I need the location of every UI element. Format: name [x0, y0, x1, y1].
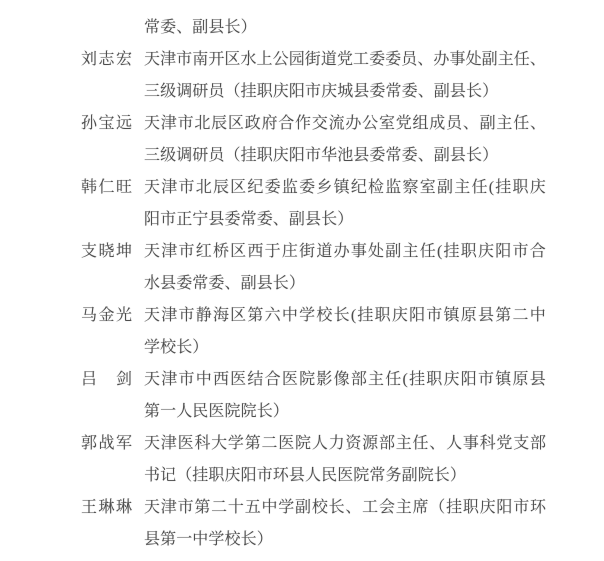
glyph: 市 — [178, 172, 194, 204]
glyph: 金 — [98, 300, 114, 332]
glyph: 任 — [471, 172, 487, 204]
glyph: 纪 — [351, 172, 367, 204]
glyph: 结 — [247, 364, 263, 396]
glyph: 街 — [299, 236, 315, 268]
glyph: 旺 — [116, 172, 132, 204]
glyph: 学 — [228, 428, 244, 460]
entry-description-line: 学校长） — [144, 332, 546, 364]
glyph: 二 — [512, 300, 528, 332]
glyph: 镇 — [334, 172, 350, 204]
glyph: 孙 — [81, 108, 97, 140]
entry-name: 刘志宏 — [81, 44, 132, 76]
glyph: 宝 — [98, 108, 114, 140]
glyph: 学 — [299, 300, 315, 332]
glyph: 中 — [261, 492, 277, 524]
glyph: 职 — [426, 364, 442, 396]
glyph: 工 — [362, 492, 378, 524]
glyph: 市 — [176, 44, 192, 76]
glyph: 二 — [261, 428, 277, 460]
glyph: 市 — [426, 300, 442, 332]
glyph: 职 — [512, 172, 528, 204]
entry-name: 郭战军 — [81, 428, 132, 460]
glyph: ( — [351, 300, 356, 332]
entry-row: 郭战军 天津医科大学第二医院人力资源部主任、人事科党支部书记（挂职庆阳市环县人民… — [0, 428, 604, 492]
glyph: 院 — [295, 428, 311, 460]
glyph: 任 — [413, 428, 429, 460]
glyph: 区 — [224, 44, 240, 76]
glyph: 科 — [194, 428, 210, 460]
glyph: 像 — [334, 364, 350, 396]
glyph: 交 — [312, 108, 328, 140]
glyph: 部 — [351, 364, 367, 396]
glyph: 医 — [178, 428, 194, 460]
glyph: 党 — [496, 428, 512, 460]
glyph: 庆 — [530, 172, 546, 204]
glyph: 力 — [329, 428, 345, 460]
glyph: 院 — [299, 364, 315, 396]
entry-description-line: 天津市南开区水上公园街道党工委委员、办事处副主任、 — [144, 44, 546, 76]
glyph: 大 — [211, 428, 227, 460]
glyph: 桥 — [213, 236, 229, 268]
glyph: 战 — [98, 428, 114, 460]
entry-description-line: 三级调研员（挂职庆阳市华池县委常委、副县长） — [144, 140, 546, 172]
entry-row: 马金光 天津市静海区第六中学校长(挂职庆阳市镇原县第二中学校长） — [0, 300, 604, 364]
glyph: 第 — [247, 300, 263, 332]
glyph: 上 — [257, 44, 273, 76]
glyph: 琳 — [116, 492, 132, 524]
glyph: 作 — [295, 108, 311, 140]
entry-description: 天津市北辰区政府合作交流办公室党组成员、副主任、三级调研员（挂职庆阳市华池县委常… — [144, 108, 546, 172]
glyph: 合 — [278, 108, 294, 140]
entry-row: 支晓坤 天津市红桥区西于庄街道办事处副主任(挂职庆阳市合水县委常委、副县长） — [0, 236, 604, 300]
glyph: 津 — [161, 492, 177, 524]
glyph: 长 — [334, 300, 350, 332]
glyph: 津 — [161, 300, 177, 332]
glyph: 天 — [144, 44, 160, 76]
glyph: 天 — [144, 364, 160, 396]
glyph: 道 — [321, 44, 337, 76]
glyph: 挂 — [495, 172, 511, 204]
glyph: 第 — [245, 428, 261, 460]
entry-description-line: 常委、副县长） — [144, 12, 546, 44]
glyph: 庆 — [480, 492, 496, 524]
glyph: 支 — [81, 236, 97, 268]
glyph: 韩 — [81, 172, 97, 204]
glyph: 委 — [265, 172, 281, 204]
glyph: 职 — [375, 300, 391, 332]
glyph: 县 — [530, 364, 546, 396]
glyph: 主 — [498, 44, 514, 76]
glyph: 纪 — [247, 172, 263, 204]
glyph: 津 — [161, 236, 177, 268]
entry-row: 刘志宏 天津市南开区水上公园街道党工委委员、办事处副主任、三级调研员（挂职庆阳市… — [0, 44, 604, 108]
glyph: 委 — [299, 172, 315, 204]
glyph: 远 — [116, 108, 132, 140]
glyph: 仁 — [98, 172, 114, 204]
glyph: 环 — [530, 492, 546, 524]
glyph: 职 — [463, 492, 479, 524]
glyph: 校 — [316, 300, 332, 332]
entry-description-line: 县第一中学校长） — [144, 524, 546, 556]
glyph: 马 — [81, 300, 97, 332]
glyph: 中 — [196, 364, 212, 396]
glyph: 区 — [228, 108, 244, 140]
entry-description-line: 天津市中西医结合医院影像部主任(挂职庆阳市镇原县 — [144, 364, 546, 396]
glyph: 区 — [230, 236, 246, 268]
glyph: 区 — [230, 172, 246, 204]
glyph: 天 — [144, 172, 160, 204]
entry-description-line: 天津市红桥区西于庄街道办事处副主任(挂职庆阳市合 — [144, 236, 546, 268]
glyph: 坤 — [116, 236, 132, 268]
glyph: 处 — [368, 236, 384, 268]
glyph: 办 — [345, 108, 361, 140]
glyph: 开 — [208, 44, 224, 76]
glyph: 六 — [265, 300, 281, 332]
glyph: 二 — [211, 492, 227, 524]
entry-name — [81, 12, 132, 44]
glyph: 刘 — [81, 44, 97, 76]
glyph: 、 — [345, 492, 361, 524]
glyph: 红 — [196, 236, 212, 268]
entry-description-line: 天津市北辰区政府合作交流办公室党组成员、副主任、 — [144, 108, 546, 140]
glyph: 津 — [161, 172, 177, 204]
glyph: 主 — [396, 428, 412, 460]
glyph: 处 — [466, 44, 482, 76]
glyph: 监 — [385, 172, 401, 204]
glyph: 党 — [396, 108, 412, 140]
glyph: 会 — [379, 492, 395, 524]
glyph: 第 — [495, 300, 511, 332]
glyph: ( — [403, 364, 408, 396]
glyph: 园 — [289, 44, 305, 76]
glyph: 部 — [379, 428, 395, 460]
glyph: 工 — [353, 44, 369, 76]
glyph: 员 — [401, 44, 417, 76]
glyph: 剑 — [116, 364, 132, 396]
entry-description-line: 书记（挂职庆阳市环县人民医院常务副院长） — [144, 460, 546, 492]
glyph: 津 — [161, 108, 177, 140]
glyph: 镇 — [495, 364, 511, 396]
entry-description: 天津市北辰区纪委监委乡镇纪检监察室副主任(挂职庆阳市正宁县委常委、副县长） — [144, 172, 546, 236]
glyph: 事 — [351, 236, 367, 268]
glyph: 市 — [513, 492, 529, 524]
glyph: 区 — [230, 300, 246, 332]
glyph: 挂 — [409, 364, 425, 396]
glyph: 组 — [413, 108, 429, 140]
entry-description-line: 天津医科大学第二医院人力资源部主任、人事科党支部 — [144, 428, 546, 460]
glyph: 光 — [116, 300, 132, 332]
glyph: 主 — [403, 236, 419, 268]
glyph: 道 — [316, 236, 332, 268]
glyph: 北 — [196, 172, 212, 204]
glyph: 原 — [512, 364, 528, 396]
glyph: 支 — [513, 428, 529, 460]
glyph: 津 — [161, 428, 177, 460]
glyph: 长 — [329, 492, 345, 524]
entry-description-line: 天津市静海区第六中学校长(挂职庆阳市镇原县第二中 — [144, 300, 546, 332]
glyph: 医 — [282, 364, 298, 396]
glyph: 琳 — [98, 492, 114, 524]
entry-description: 常委、副县长） — [144, 12, 546, 44]
glyph: 副 — [385, 236, 401, 268]
glyph: 政 — [245, 108, 261, 140]
glyph: 、 — [417, 44, 433, 76]
glyph: 医 — [230, 364, 246, 396]
glyph: 挂 — [444, 236, 460, 268]
entry-description-line: 水县委常委、副县长） — [144, 268, 546, 300]
glyph: 副 — [480, 108, 496, 140]
glyph: 五 — [245, 492, 261, 524]
glyph: 资 — [345, 428, 361, 460]
glyph: 军 — [116, 428, 132, 460]
document-page: 常委、副县长） 刘志宏 天津市南开区水上公园街道党工委委员、办事处副主任、三级调… — [0, 0, 604, 561]
glyph: 主 — [396, 492, 412, 524]
glyph: 主 — [368, 364, 384, 396]
glyph: 晓 — [98, 236, 114, 268]
glyph: ( — [437, 236, 442, 268]
glyph: 北 — [194, 108, 210, 140]
entry-description: 天津市红桥区西于庄街道办事处副主任(挂职庆阳市合水县委常委、副县长） — [144, 236, 546, 300]
entry-name: 马金光 — [81, 300, 132, 332]
glyph: 郭 — [81, 428, 97, 460]
glyph: 、 — [530, 44, 546, 76]
glyph: 王 — [81, 492, 97, 524]
glyph: 办 — [334, 236, 350, 268]
entry-name: 吕剑 — [81, 364, 132, 396]
glyph: 阳 — [409, 300, 425, 332]
glyph: 辰 — [211, 108, 227, 140]
glyph: 南 — [192, 44, 208, 76]
glyph: 阳 — [461, 364, 477, 396]
glyph: 成 — [429, 108, 445, 140]
glyph: 主 — [454, 172, 470, 204]
glyph: 辰 — [213, 172, 229, 204]
glyph: （ — [429, 492, 445, 524]
glyph: 室 — [379, 108, 395, 140]
glyph: 阳 — [496, 492, 512, 524]
glyph: 副 — [295, 492, 311, 524]
glyph: 天 — [144, 108, 160, 140]
glyph: 镇 — [444, 300, 460, 332]
glyph: 天 — [144, 236, 160, 268]
glyph: 志 — [98, 44, 114, 76]
glyph: 天 — [144, 300, 160, 332]
glyph: 任 — [513, 108, 529, 140]
glyph: 委 — [369, 44, 385, 76]
glyph: 公 — [362, 108, 378, 140]
glyph: 员 — [446, 108, 462, 140]
entry-description: 天津市静海区第六中学校长(挂职庆阳市镇原县第二中学校长） — [144, 300, 546, 364]
entry-row: 吕剑 天津市中西医结合医院影像部主任(挂职庆阳市镇原县第一人民医院院长） — [0, 364, 604, 428]
glyph: 街 — [305, 44, 321, 76]
glyph: 市 — [178, 364, 194, 396]
glyph: 任 — [385, 364, 401, 396]
glyph: 副 — [482, 44, 498, 76]
glyph: 市 — [178, 108, 194, 140]
glyph: 挂 — [357, 300, 373, 332]
glyph: 津 — [161, 364, 177, 396]
entry-description: 天津市南开区水上公园街道党工委委员、办事处副主任、三级调研员（挂职庆阳市庆城县委… — [144, 44, 546, 108]
entry-description-line: 天津市第二十五中学副校长、工会主席（挂职庆阳市环 — [144, 492, 546, 524]
glyph: 人 — [312, 428, 328, 460]
glyph: 部 — [530, 428, 546, 460]
glyph: 席 — [413, 492, 429, 524]
glyph: 任 — [420, 236, 436, 268]
glyph: 宏 — [116, 44, 132, 76]
glyph: 吕 — [81, 364, 97, 396]
entry-row: 孙宝远 天津市北辰区政府合作交流办公室党组成员、副主任、三级调研员（挂职庆阳市华… — [0, 108, 604, 172]
glyph: 市 — [178, 236, 194, 268]
entry-name: 韩仁旺 — [81, 172, 132, 204]
glyph: 委 — [385, 44, 401, 76]
entry-description-line: 阳市正宁县委常委、副县长） — [144, 204, 546, 236]
glyph: 海 — [213, 300, 229, 332]
glyph: 职 — [461, 236, 477, 268]
glyph: 市 — [512, 236, 528, 268]
glyph: 监 — [282, 172, 298, 204]
glyph: 副 — [437, 172, 453, 204]
entry-name: 支晓坤 — [81, 236, 132, 268]
glyph: 科 — [480, 428, 496, 460]
glyph: 庄 — [282, 236, 298, 268]
glyph: 公 — [273, 44, 289, 76]
glyph: 水 — [240, 44, 256, 76]
glyph: 庆 — [444, 364, 460, 396]
glyph: 十 — [228, 492, 244, 524]
glyph: 于 — [265, 236, 281, 268]
glyph: 原 — [461, 300, 477, 332]
entry-description-line: 第一人民医院院长） — [144, 396, 546, 428]
glyph: 、 — [463, 108, 479, 140]
entry-name: 王琳琳 — [81, 492, 132, 524]
glyph: 室 — [420, 172, 436, 204]
glyph: 流 — [329, 108, 345, 140]
glyph: 津 — [160, 44, 176, 76]
glyph: 党 — [337, 44, 353, 76]
entry-row: 王琳琳 天津市第二十五中学副校长、工会主席（挂职庆阳市环县第一中学校长） — [0, 492, 604, 556]
entry-description-line: 三级调研员（挂职庆阳市庆城县委常委、副县长） — [144, 76, 546, 108]
glyph: 影 — [316, 364, 332, 396]
glyph: 察 — [403, 172, 419, 204]
glyph: 、 — [530, 108, 546, 140]
glyph: 、 — [429, 428, 445, 460]
glyph: 合 — [530, 236, 546, 268]
entry-description: 天津医科大学第二医院人力资源部主任、人事科党支部书记（挂职庆阳市环县人民医院常务… — [144, 428, 546, 492]
glyph: 庆 — [392, 300, 408, 332]
glyph: 事 — [449, 44, 465, 76]
entry-description: 天津市中西医结合医院影像部主任(挂职庆阳市镇原县第一人民医院院长） — [144, 364, 546, 428]
glyph: 中 — [530, 300, 546, 332]
glyph: 主 — [496, 108, 512, 140]
glyph: 西 — [247, 236, 263, 268]
glyph: 检 — [368, 172, 384, 204]
glyph: 校 — [312, 492, 328, 524]
entry-description-line: 天津市北辰区纪委监委乡镇纪检监察室副主任(挂职庆 — [144, 172, 546, 204]
entry-row: 常委、副县长） — [0, 12, 604, 44]
glyph: 中 — [282, 300, 298, 332]
entry-description: 天津市第二十五中学副校长、工会主席（挂职庆阳市环县第一中学校长） — [144, 492, 546, 556]
glyph: 事 — [463, 428, 479, 460]
glyph: 市 — [178, 300, 194, 332]
glyph: 县 — [478, 300, 494, 332]
glyph: 阳 — [495, 236, 511, 268]
appointment-list: 常委、副县长） 刘志宏 天津市南开区水上公园街道党工委委员、办事处副主任、三级调… — [0, 12, 604, 556]
glyph: 办 — [433, 44, 449, 76]
glyph: 学 — [278, 492, 294, 524]
glyph: ( — [489, 172, 494, 204]
glyph: 西 — [213, 364, 229, 396]
glyph: 合 — [265, 364, 281, 396]
glyph: 任 — [514, 44, 530, 76]
glyph: 天 — [144, 492, 160, 524]
glyph: 挂 — [446, 492, 462, 524]
glyph: 人 — [446, 428, 462, 460]
glyph: 市 — [178, 492, 194, 524]
glyph: 庆 — [478, 236, 494, 268]
entry-name: 孙宝远 — [81, 108, 132, 140]
glyph: 府 — [261, 108, 277, 140]
glyph: 天 — [144, 428, 160, 460]
glyph: 静 — [196, 300, 212, 332]
glyph: 市 — [478, 364, 494, 396]
glyph: 第 — [194, 492, 210, 524]
glyph: 源 — [362, 428, 378, 460]
entry-row: 韩仁旺 天津市北辰区纪委监委乡镇纪检监察室副主任(挂职庆阳市正宁县委常委、副县长… — [0, 172, 604, 236]
glyph: 乡 — [316, 172, 332, 204]
glyph: 医 — [278, 428, 294, 460]
